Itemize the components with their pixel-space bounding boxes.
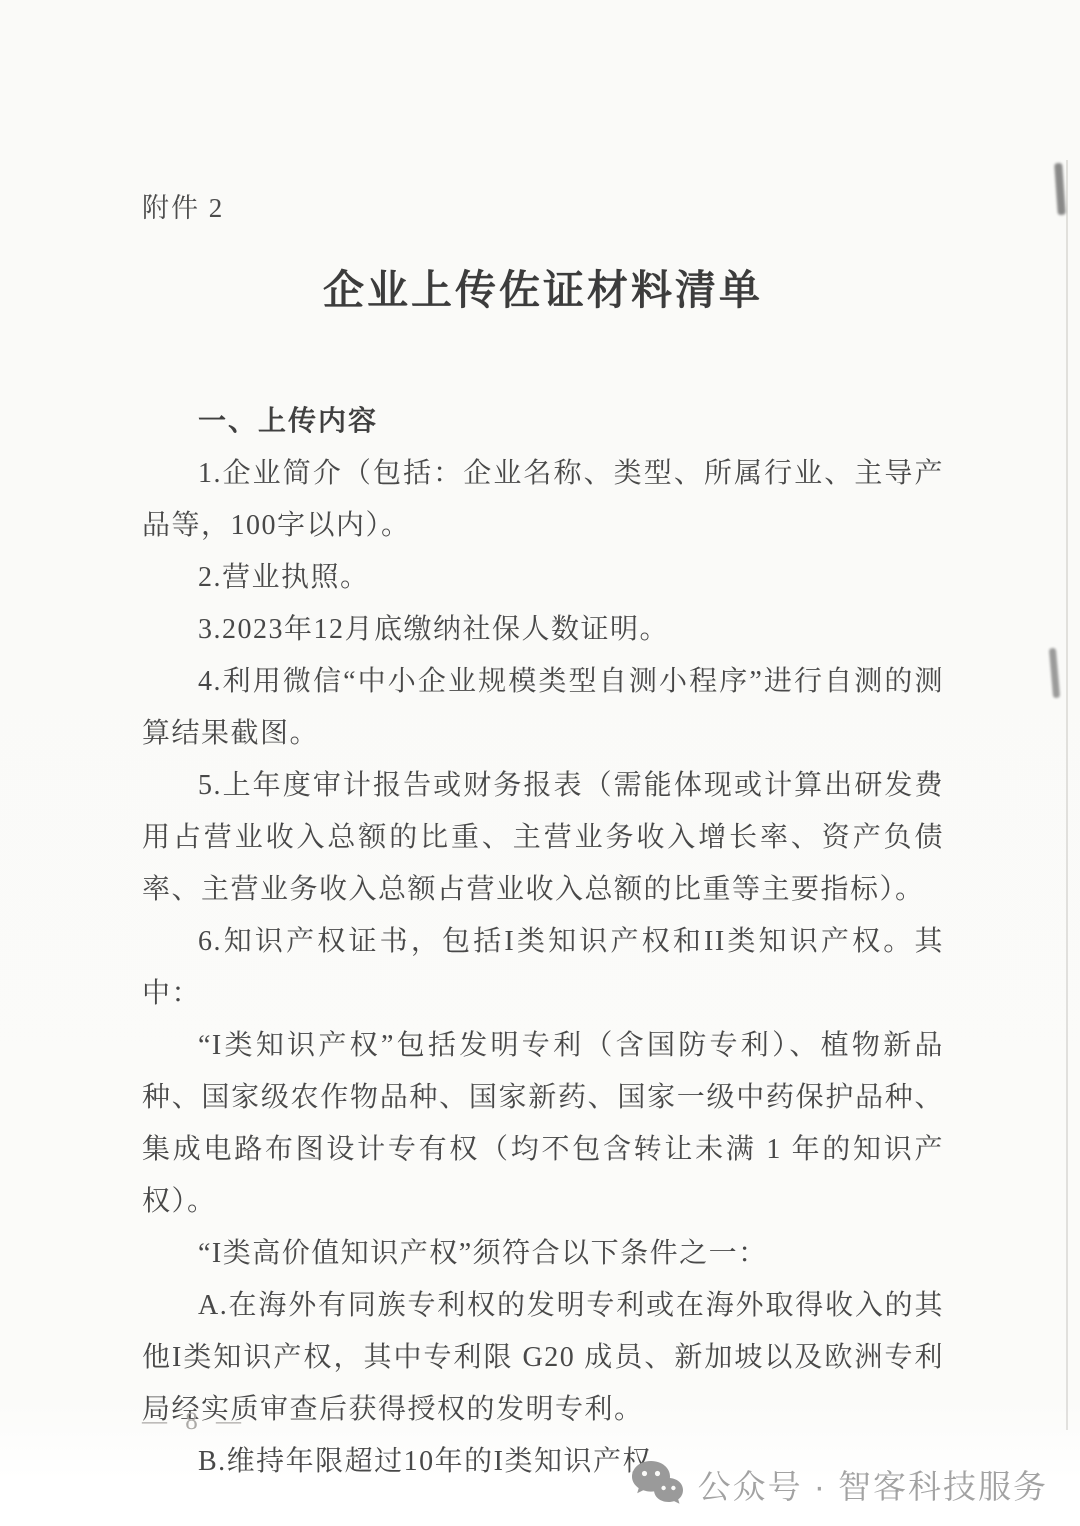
document-title: 企业上传佐证材料清单 bbox=[142, 257, 944, 316]
section-heading: 一、上传内容 bbox=[142, 396, 944, 448]
watermark: 公众号 · 智客科技服务 bbox=[630, 1458, 1048, 1510]
document-page: 附件 2 企业上传佐证材料清单 一、上传内容 1.企业简介（包括：企业名称、类型… bbox=[0, 0, 1080, 1526]
scan-edge-line bbox=[1066, 160, 1068, 1430]
document-body: 一、上传内容 1.企业简介（包括：企业名称、类型、所属行业、主导产品等，100字… bbox=[142, 396, 944, 1488]
attachment-label: 附件 2 bbox=[142, 186, 944, 225]
paragraph: 1.企业简介（包括：企业名称、类型、所属行业、主导产品等，100字以内）。 bbox=[142, 448, 944, 552]
document-content: 附件 2 企业上传佐证材料清单 一、上传内容 1.企业简介（包括：企业名称、类型… bbox=[142, 186, 944, 1488]
page-number: — 8 — bbox=[142, 1408, 247, 1436]
paragraph: 2.营业执照。 bbox=[142, 552, 944, 604]
paragraph: “I类高价值知识产权”须符合以下条件之一： bbox=[142, 1228, 944, 1280]
paragraph: 5.上年度审计报告或财务报表（需能体现或计算出研发费用占营业收入总额的比重、主营… bbox=[142, 760, 944, 916]
paragraph-list: 1.企业简介（包括：企业名称、类型、所属行业、主导产品等，100字以内）。2.营… bbox=[142, 448, 944, 1488]
scan-artifact-middle bbox=[1049, 648, 1060, 698]
paragraph: 3.2023年12月底缴纳社保人数证明。 bbox=[142, 604, 944, 656]
wechat-public-account-icon bbox=[630, 1458, 684, 1510]
watermark-text: 公众号 · 智客科技服务 bbox=[698, 1461, 1048, 1508]
paragraph: 6.知识产权证书，包括I类知识产权和II类知识产权。其中： bbox=[142, 916, 944, 1020]
paragraph: “I类知识产权”包括发明专利（含国防专利）、植物新品种、国家级农作物品种、国家新… bbox=[142, 1020, 944, 1228]
paragraph: A.在海外有同族专利权的发明专利或在海外取得收入的其他I类知识产权，其中专利限 … bbox=[142, 1280, 944, 1436]
scan-artifact-top bbox=[1054, 163, 1066, 215]
paragraph: 4.利用微信“中小企业规模类型自测小程序”进行自测的测算结果截图。 bbox=[142, 656, 944, 760]
